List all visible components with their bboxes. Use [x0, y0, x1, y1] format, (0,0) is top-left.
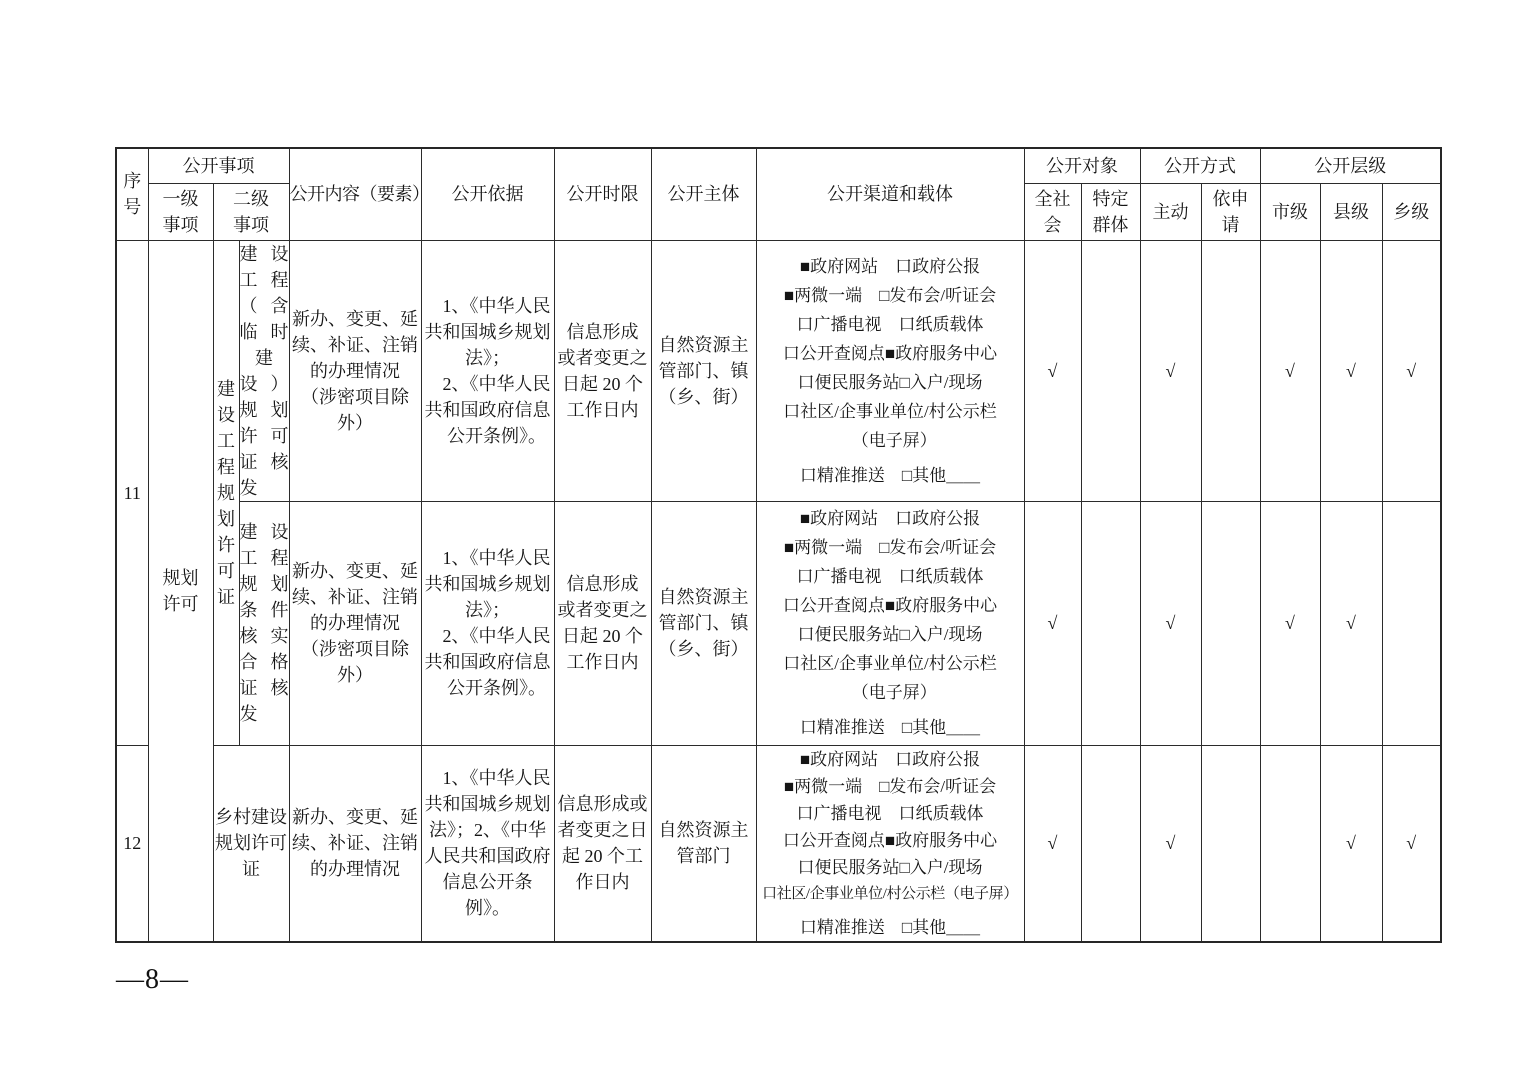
header-method: 公开方式 — [1140, 148, 1260, 183]
cell-r11a-check-county: √ — [1320, 240, 1382, 501]
channel-line: 口广播电视 口纸质载体 — [757, 562, 1024, 591]
cell-r11-serial: 11 — [116, 240, 148, 745]
cell-r11a-content: 新办、变更、延 续、补证、注销 的办理情况 （涉密项目除 外） — [289, 240, 421, 501]
channel-line: 口公开查阅点■政府服务中心 — [757, 827, 1024, 854]
cell-r12-check-specific — [1081, 745, 1140, 942]
channel-line: 口公开查阅点■政府服务中心 — [757, 591, 1024, 620]
channel-line: 口便民服务站□入户/现场 — [757, 368, 1024, 397]
channel-line: 口便民服务站□入户/现场 — [757, 854, 1024, 881]
cell-r11b-check-county: √ — [1320, 501, 1382, 745]
cell-r11a-channels: ■政府网站 口政府公报 ■两微一端 □发布会/听证会 口广播电视 口纸质载体 口… — [756, 240, 1024, 501]
channel-line: 口社区/企事业单位/村公示栏（电子屏） — [757, 881, 1024, 908]
cell-r11b-check-active: √ — [1140, 501, 1201, 745]
channel-line: （电子屏） — [757, 678, 1024, 707]
header-on-request: 依申 请 — [1201, 183, 1260, 240]
channel-line: 口精准推送 □其他＿＿ — [757, 713, 1024, 742]
header-content: 公开内容（要素） — [289, 148, 421, 240]
cell-r11a-cert: 建设 工程 （含 临时 建设） 规划 许可 证核 发 — [239, 240, 289, 501]
cell-r12-check-township: √ — [1382, 745, 1441, 942]
channel-line: ■政府网站 口政府公报 — [757, 504, 1024, 533]
cell-r12-content: 新办、变更、延 续、补证、注销 的办理情况 — [289, 745, 421, 942]
header-disclosure-items: 公开事项 — [148, 148, 289, 183]
channel-line: 口公开查阅点■政府服务中心 — [757, 339, 1024, 368]
cell-r12-check-county: √ — [1320, 745, 1382, 942]
header-level: 公开层级 — [1260, 148, 1441, 183]
cell-r11a-check-active: √ — [1140, 240, 1201, 501]
header-audience: 公开对象 — [1024, 148, 1140, 183]
channel-line: （电子屏） — [757, 426, 1024, 455]
row-12: 12 乡村建设 规划许可 证 新办、变更、延 续、补证、注销 的办理情况 1、《… — [116, 745, 1441, 942]
cell-r11b-check-specific — [1081, 501, 1140, 745]
document-page: 序 号 公开事项 公开内容（要素） 公开依据 公开时限 公开主体 公开渠道和载体… — [0, 0, 1520, 1074]
channel-line: ■两微一端 □发布会/听证会 — [757, 281, 1024, 310]
cell-r12-channels: ■政府网站 口政府公报 ■两微一端 □发布会/听证会 口广播电视 口纸质载体 口… — [756, 745, 1024, 942]
header-time-limit: 公开时限 — [554, 148, 651, 240]
cell-r11a-subject: 自然资源主 管部门、镇 （乡、街） — [651, 240, 756, 501]
cell-r11b-subject: 自然资源主 管部门、镇 （乡、街） — [651, 501, 756, 745]
cell-r11a-basis: 1、《中华人民 共和国城乡规划 法》； 2、《中华人民 共和国政府信息 公开条例… — [421, 240, 554, 501]
channel-line: ■两微一端 □发布会/听证会 — [757, 773, 1024, 800]
channel-line: 口社区/企事业单位/村公示栏 — [757, 649, 1024, 678]
cell-r12-basis: 1、《中华人民 共和国城乡规划 法》；2、《中华 人民共和国政府 信息公开条例》… — [421, 745, 554, 942]
header-basis: 公开依据 — [421, 148, 554, 240]
cell-r11a-check-request — [1201, 240, 1260, 501]
header-subject: 公开主体 — [651, 148, 756, 240]
cell-r11b-check-society: √ — [1024, 501, 1081, 745]
cell-r11b-basis: 1、《中华人民 共和国城乡规划 法》； 2、《中华人民 共和国政府信息 公开条例… — [421, 501, 554, 745]
cell-r12-time-limit: 信息形成或 者变更之日 起 20 个工 作日内 — [554, 745, 651, 942]
cell-r11b-channels: ■政府网站 口政府公报 ■两微一端 □发布会/听证会 口广播电视 口纸质载体 口… — [756, 501, 1024, 745]
cell-r11b-content: 新办、变更、延 续、补证、注销 的办理情况 （涉密项目除 外） — [289, 501, 421, 745]
header-row-1: 序 号 公开事项 公开内容（要素） 公开依据 公开时限 公开主体 公开渠道和载体… — [116, 148, 1441, 183]
header-specific-group: 特定 群体 — [1081, 183, 1140, 240]
header-level2-item: 二级 事项 — [213, 183, 289, 240]
cell-r12-serial: 12 — [116, 745, 148, 942]
cell-r12-subject: 自然资源主 管部门 — [651, 745, 756, 942]
channel-line: 口便民服务站□入户/现场 — [757, 620, 1024, 649]
channel-line: 口社区/企事业单位/村公示栏 — [757, 397, 1024, 426]
header-level1-item: 一级 事项 — [148, 183, 213, 240]
channel-line: ■政府网站 口政府公报 — [757, 746, 1024, 773]
cell-r11b-check-township — [1382, 501, 1441, 745]
header-city-level: 市级 — [1260, 183, 1320, 240]
row-11b: 建设 工程 规划 条件 核实 合格 证核 发 新办、变更、延 续、补证、注销 的… — [116, 501, 1441, 745]
cell-r12-check-request — [1201, 745, 1260, 942]
row-11a: 11 规划 许可 建 设 工 程 规 划 许 可 证 建设 工程 （含 临时 建… — [116, 240, 1441, 501]
cell-r11b-check-city: √ — [1260, 501, 1320, 745]
channel-line: ■两微一端 □发布会/听证会 — [757, 533, 1024, 562]
header-township-level: 乡级 — [1382, 183, 1441, 240]
cell-r12-level2: 乡村建设 规划许可 证 — [213, 745, 289, 942]
page-number: —8— — [116, 964, 189, 996]
cell-r12-check-city — [1260, 745, 1320, 942]
header-channels: 公开渠道和载体 — [756, 148, 1024, 240]
channel-line: 口广播电视 口纸质载体 — [757, 800, 1024, 827]
cell-r11a-check-society: √ — [1024, 240, 1081, 501]
header-active: 主动 — [1140, 183, 1201, 240]
cell-r11a-check-city: √ — [1260, 240, 1320, 501]
cell-r11-level1: 规划 许可 — [148, 240, 213, 942]
cell-r11b-time-limit: 信息形成 或者变更之 日起 20 个 工作日内 — [554, 501, 651, 745]
channel-line: 口广播电视 口纸质载体 — [757, 310, 1024, 339]
header-county-level: 县级 — [1320, 183, 1382, 240]
cell-r12-check-society: √ — [1024, 745, 1081, 942]
cell-r11a-time-limit: 信息形成 或者变更之 日起 20 个 工作日内 — [554, 240, 651, 501]
cell-r11a-check-township: √ — [1382, 240, 1441, 501]
channel-line: 口精准推送 □其他＿＿ — [757, 914, 1024, 941]
cell-r12-check-active: √ — [1140, 745, 1201, 942]
cell-r11-level2-group: 建 设 工 程 规 划 许 可 证 — [213, 240, 239, 745]
cell-r11a-check-specific — [1081, 240, 1140, 501]
disclosure-table: 序 号 公开事项 公开内容（要素） 公开依据 公开时限 公开主体 公开渠道和载体… — [115, 147, 1442, 943]
cell-r11b-check-request — [1201, 501, 1260, 745]
channel-line: 口精准推送 □其他＿＿ — [757, 461, 1024, 490]
header-whole-society: 全社 会 — [1024, 183, 1081, 240]
channel-line: ■政府网站 口政府公报 — [757, 252, 1024, 281]
header-serial: 序 号 — [116, 148, 148, 240]
cell-r11b-cert: 建设 工程 规划 条件 核实 合格 证核 发 — [239, 501, 289, 745]
